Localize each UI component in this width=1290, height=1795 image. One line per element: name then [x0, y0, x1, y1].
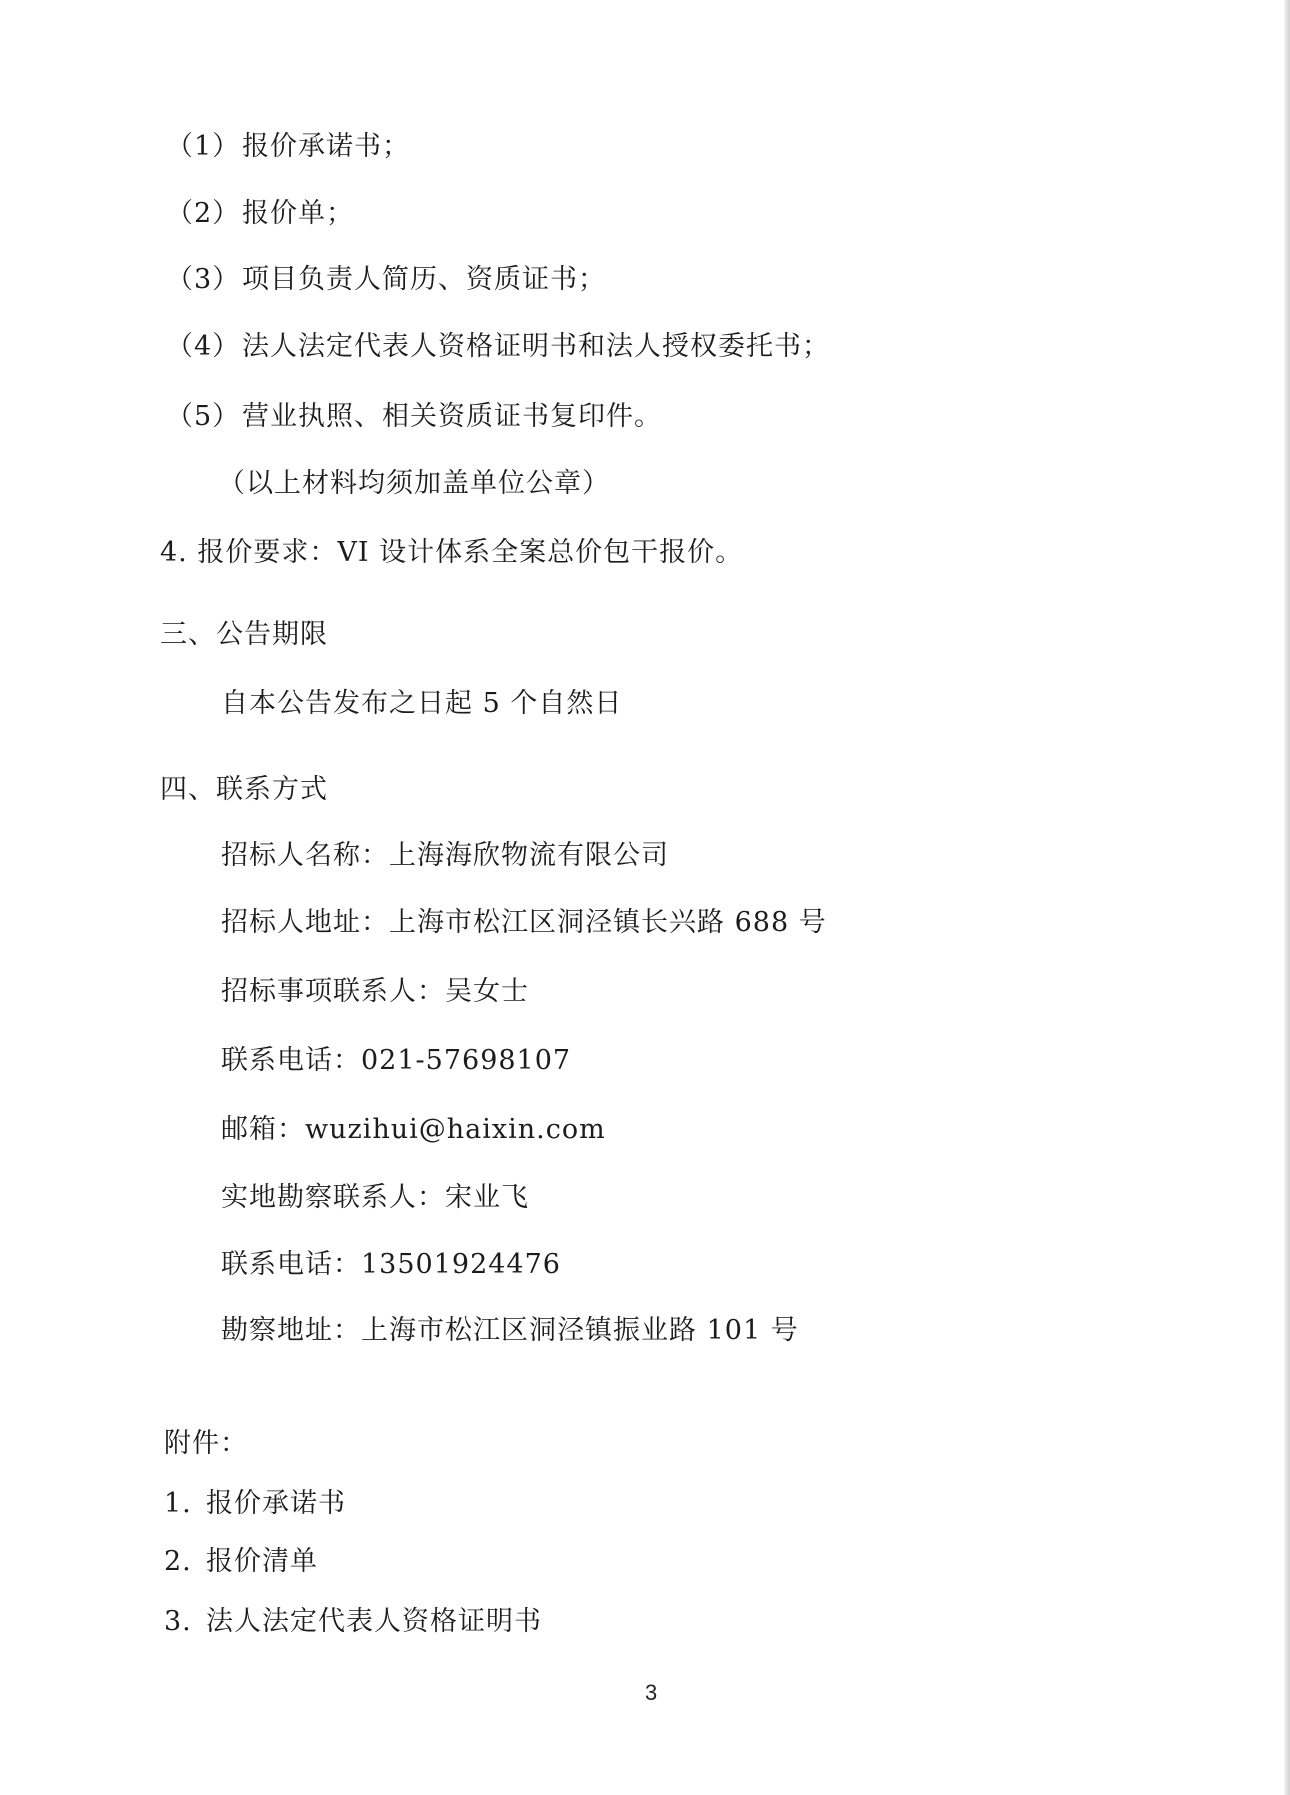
- contact-label: 招标人地址：: [221, 907, 389, 938]
- item-number: （1）: [166, 131, 242, 163]
- section3-body: 自本公告发布之日起 5 个自然日: [221, 688, 622, 720]
- contact-value: 吴女士: [445, 976, 529, 1007]
- contact-tender-person: 招标事项联系人：吴女士: [221, 976, 529, 1008]
- attachment-item-3: 3.法人法定代表人资格证明书: [164, 1606, 542, 1638]
- contact-label: 邮箱：: [221, 1114, 305, 1145]
- attachment-item-1: 1.报价承诺书: [164, 1488, 346, 1520]
- materials-item-3: （3）项目负责人简历、资质证书；: [166, 264, 606, 296]
- item-text: 报价单；: [242, 198, 354, 229]
- contact-label: 勘察地址：: [221, 1315, 361, 1346]
- section4-heading: 四、联系方式: [160, 774, 328, 806]
- contact-value: 宋业飞: [445, 1182, 529, 1213]
- page-edge-shadow: [1284, 0, 1290, 1795]
- item-number: （4）: [166, 331, 242, 363]
- attachment-number: 1.: [164, 1488, 206, 1520]
- attachment-text: 报价承诺书: [206, 1488, 346, 1519]
- item-text: 营业执照、相关资质证书复印件。: [242, 401, 662, 432]
- contact-value: 上海市松江区洞泾镇振业路 101 号: [361, 1315, 799, 1346]
- contact-label: 招标事项联系人：: [221, 976, 445, 1007]
- contact-value: 上海市松江区洞泾镇长兴路 688 号: [389, 907, 827, 938]
- quote-requirement: 4. 报价要求：VI 设计体系全案总价包干报价。: [160, 537, 743, 569]
- contact-label: 招标人名称：: [221, 840, 389, 871]
- materials-item-2: （2）报价单；: [166, 198, 354, 230]
- contact-phone-2: 联系电话：13501924476: [221, 1249, 561, 1281]
- contact-label: 联系电话：: [221, 1249, 361, 1280]
- contact-email: 邮箱：wuzihui@haixin.com: [221, 1114, 606, 1146]
- contact-site-survey-person: 实地勘察联系人：宋业飞: [221, 1182, 529, 1214]
- contact-tenderer-address: 招标人地址：上海市松江区洞泾镇长兴路 688 号: [221, 907, 827, 939]
- attachment-number: 2.: [164, 1546, 206, 1578]
- materials-note: （以上材料均须加盖单位公章）: [218, 468, 610, 500]
- contact-label: 联系电话：: [221, 1045, 361, 1076]
- contact-value: 13501924476: [361, 1249, 561, 1280]
- contact-survey-address: 勘察地址：上海市松江区洞泾镇振业路 101 号: [221, 1315, 799, 1347]
- attachments-heading: 附件：: [164, 1428, 248, 1460]
- attachment-text: 法人法定代表人资格证明书: [206, 1606, 542, 1637]
- materials-item-4: （4）法人法定代表人资格证明书和法人授权委托书；: [166, 331, 830, 363]
- section3-heading: 三、公告期限: [160, 619, 328, 651]
- contact-label: 实地勘察联系人：: [221, 1182, 445, 1213]
- page-number: 3: [645, 1680, 657, 1706]
- materials-item-1: （1）报价承诺书；: [166, 131, 410, 163]
- attachment-text: 报价清单: [206, 1546, 318, 1577]
- contact-value: wuzihui@haixin.com: [305, 1114, 606, 1145]
- contact-value: 021-57698107: [361, 1045, 571, 1076]
- item-text: 报价承诺书；: [242, 131, 410, 162]
- item-number: （5）: [166, 401, 242, 433]
- item-number: （2）: [166, 198, 242, 230]
- materials-item-5: （5）营业执照、相关资质证书复印件。: [166, 401, 662, 433]
- attachment-item-2: 2.报价清单: [164, 1546, 318, 1578]
- contact-tenderer-name: 招标人名称：上海海欣物流有限公司: [221, 840, 669, 872]
- item-text: 项目负责人简历、资质证书；: [242, 264, 606, 295]
- item-number: （3）: [166, 264, 242, 296]
- item-text: 法人法定代表人资格证明书和法人授权委托书；: [242, 331, 830, 362]
- contact-value: 上海海欣物流有限公司: [389, 840, 669, 871]
- attachment-number: 3.: [164, 1606, 206, 1638]
- contact-phone-1: 联系电话：021-57698107: [221, 1045, 571, 1077]
